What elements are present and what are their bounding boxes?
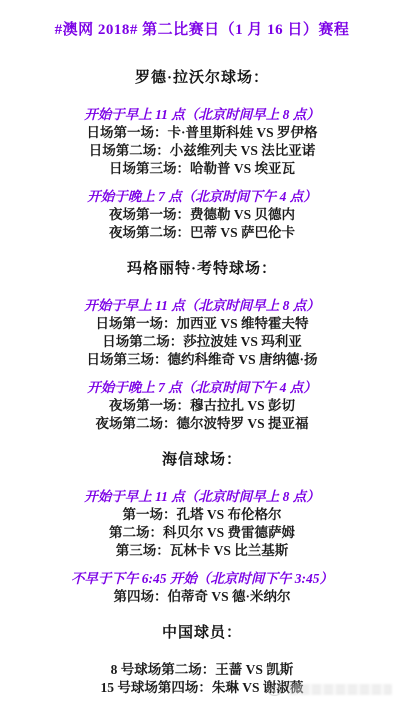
match-line: 第四场：伯蒂奇 VS 德·米纳尔	[0, 588, 404, 606]
match-line: 夜场第一场：费德勒 VS 贝德内	[0, 206, 404, 224]
match-line: 日场第三场：德约科维奇 VS 唐纳德·扬	[0, 351, 404, 369]
session-block-day: 开始于早上 11 点（北京时间早上 8 点） 日场第一场：卡·普里斯科娃 VS …	[0, 106, 404, 178]
court-heading-hisense: 海信球场：	[0, 449, 404, 471]
match-line: 夜场第二场：德尔波特罗 VS 提亚福	[0, 415, 404, 433]
session-time: 开始于早上 11 点（北京时间早上 8 点）	[0, 106, 404, 124]
weibo-logo-icon	[268, 683, 283, 696]
session-block-late: 不早于下午 6:45 开始（北京时间下午 3:45） 第四场：伯蒂奇 VS 德·…	[0, 570, 404, 606]
session-block-day: 开始于早上 11 点（北京时间早上 8 点） 第一场：孔塔 VS 布伦格尔 第二…	[0, 488, 404, 560]
match-line: 日场第一场：卡·普里斯科娃 VS 罗伊格	[0, 124, 404, 142]
match-line: 第三场：瓦林卡 VS 比兰基斯	[0, 542, 404, 560]
session-block-night: 开始于晚上 7 点（北京时间下午 4 点） 夜场第一场：费德勒 VS 贝德内 夜…	[0, 188, 404, 242]
match-line: 夜场第一场：穆古拉扎 VS 彭切	[0, 397, 404, 415]
session-block-night: 开始于晚上 7 点（北京时间下午 4 点） 夜场第一场：穆古拉扎 VS 彭切 夜…	[0, 379, 404, 433]
session-time: 开始于晚上 7 点（北京时间下午 4 点）	[0, 188, 404, 206]
session-block-day: 开始于早上 11 点（北京时间早上 8 点） 日场第一场：加西亚 VS 维特霍夫…	[0, 297, 404, 369]
court-heading-margaret-court: 玛格丽特·考特球场：	[0, 258, 404, 280]
session-time: 开始于早上 11 点（北京时间早上 8 点）	[0, 488, 404, 506]
watermark-blurred-text	[288, 684, 392, 695]
heading-chinese-players: 中国球员：	[0, 622, 404, 644]
session-time: 开始于早上 11 点（北京时间早上 8 点）	[0, 297, 404, 315]
match-line: 第二场：科贝尔 VS 费雷德萨姆	[0, 524, 404, 542]
session-time: 不早于下午 6:45 开始（北京时间下午 3:45）	[0, 570, 404, 588]
match-line: 8 号球场第二场：王蔷 VS 凯斯	[0, 661, 404, 679]
section-hisense-arena: 海信球场： 开始于早上 11 点（北京时间早上 8 点） 第一场：孔塔 VS 布…	[0, 449, 404, 606]
match-line: 日场第三场：哈勒普 VS 埃亚瓦	[0, 160, 404, 178]
match-line: 夜场第二场：巴蒂 VS 萨巴伦卡	[0, 224, 404, 242]
schedule-document: #澳网 2018# 第二比赛日（1 月 16 日）赛程 罗德·拉沃尔球场： 开始…	[0, 0, 404, 697]
court-heading-rod-laver: 罗德·拉沃尔球场：	[0, 67, 404, 89]
match-line: 日场第二场：莎拉波娃 VS 玛利亚	[0, 333, 404, 351]
section-margaret-court-arena: 玛格丽特·考特球场： 开始于早上 11 点（北京时间早上 8 点） 日场第一场：…	[0, 258, 404, 433]
match-line: 日场第二场：小兹维列夫 VS 法比亚诺	[0, 142, 404, 160]
match-line: 日场第一场：加西亚 VS 维特霍夫特	[0, 315, 404, 333]
page-title: #澳网 2018# 第二比赛日（1 月 16 日）赛程	[0, 19, 404, 41]
match-line: 第一场：孔塔 VS 布伦格尔	[0, 506, 404, 524]
watermark	[268, 683, 392, 696]
section-rod-laver-arena: 罗德·拉沃尔球场： 开始于早上 11 点（北京时间早上 8 点） 日场第一场：卡…	[0, 67, 404, 242]
session-time: 开始于晚上 7 点（北京时间下午 4 点）	[0, 379, 404, 397]
